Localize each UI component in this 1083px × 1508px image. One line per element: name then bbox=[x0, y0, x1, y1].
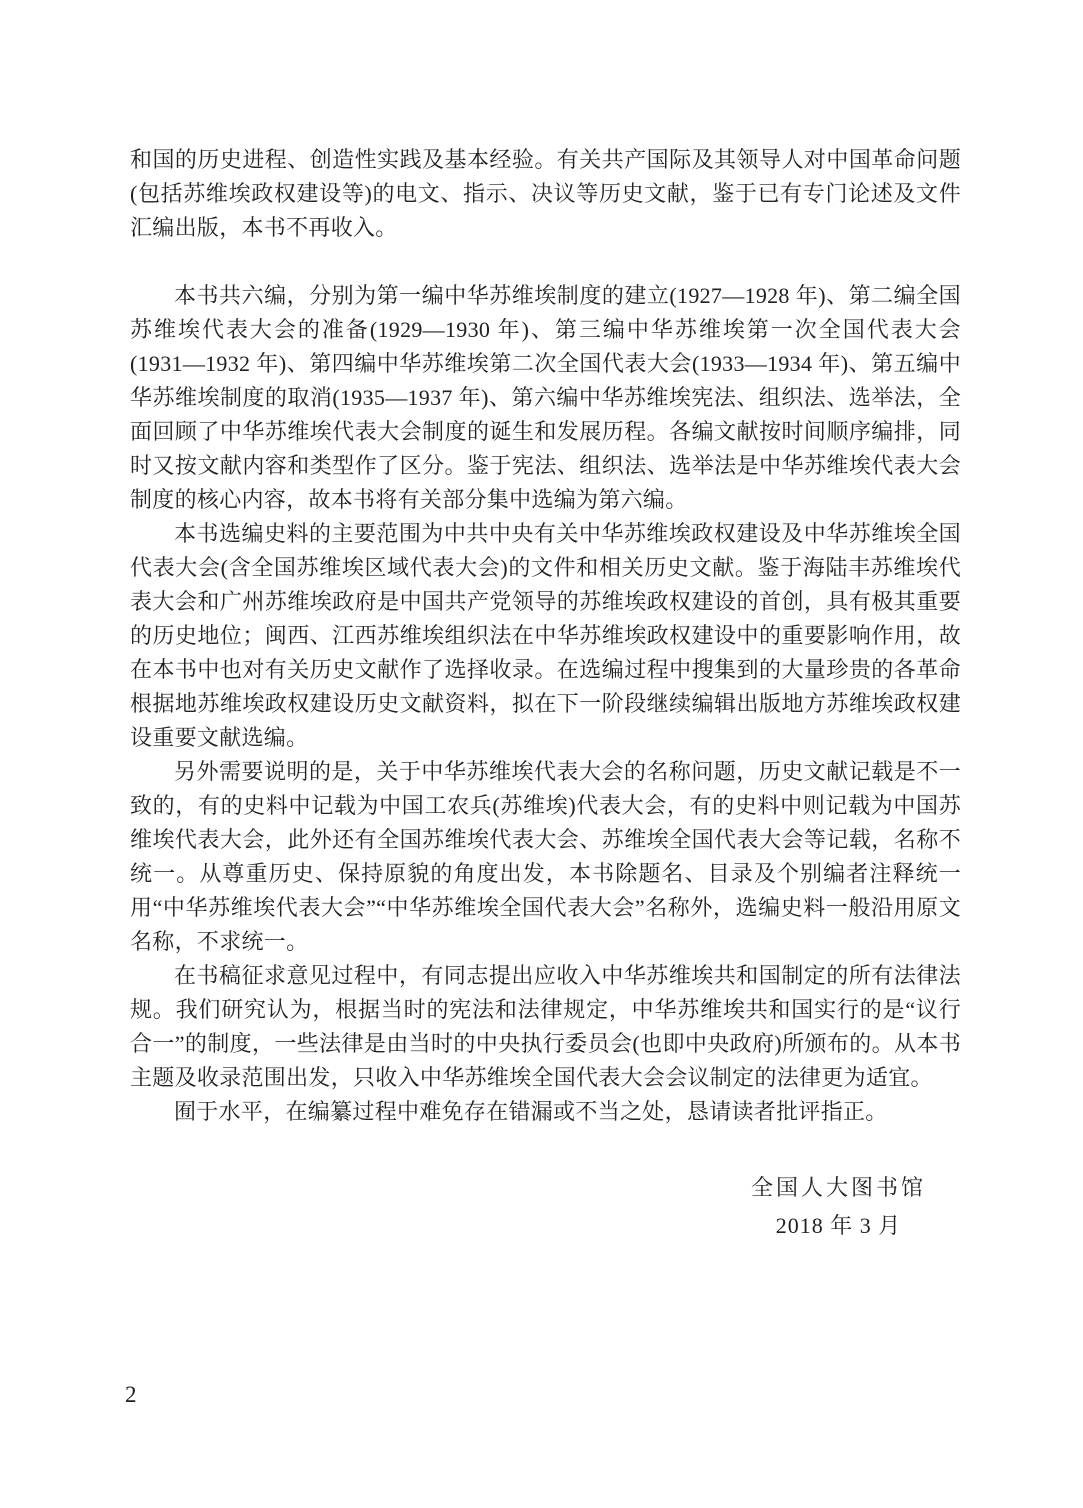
paragraph: 本书选编史料的主要范围为中共中央有关中华苏维埃政权建设及中华苏维埃全国代表大会(… bbox=[130, 517, 961, 755]
signature: 全国人大图书馆 2018 年 3 月 bbox=[130, 1171, 961, 1243]
paragraph: 在书稿征求意见过程中，有同志提出应收入中华苏维埃共和国制定的所有法律法规。我们研… bbox=[130, 959, 961, 1095]
page-number: 2 bbox=[125, 1380, 137, 1410]
signature-name: 全国人大图书馆 bbox=[751, 1171, 926, 1205]
paragraph: 本书共六编，分别为第一编中华苏维埃制度的建立(1927—1928 年)、第二编全… bbox=[130, 279, 961, 517]
paragraph: 囿于水平，在编纂过程中难免存在错漏或不当之处，恳请读者批评指正。 bbox=[130, 1095, 961, 1129]
body-paragraphs: 和国的历史进程、创造性实践及基本经验。有关共产国际及其领导人对中国革命问题(包括… bbox=[130, 143, 961, 1129]
paragraph: 另外需要说明的是，关于中华苏维埃代表大会的名称问题，历史文献记载是不一致的，有的… bbox=[130, 755, 961, 959]
paragraph: 和国的历史进程、创造性实践及基本经验。有关共产国际及其领导人对中国革命问题(包括… bbox=[130, 143, 961, 245]
body-text: 和国的历史进程、创造性实践及基本经验。有关共产国际及其领导人对中国革命问题(包括… bbox=[130, 143, 961, 1243]
document-page: 和国的历史进程、创造性实践及基本经验。有关共产国际及其领导人对中国革命问题(包括… bbox=[0, 0, 1083, 1508]
signature-block: 全国人大图书馆 2018 年 3 月 bbox=[751, 1171, 926, 1243]
signature-date: 2018 年 3 月 bbox=[751, 1209, 926, 1243]
